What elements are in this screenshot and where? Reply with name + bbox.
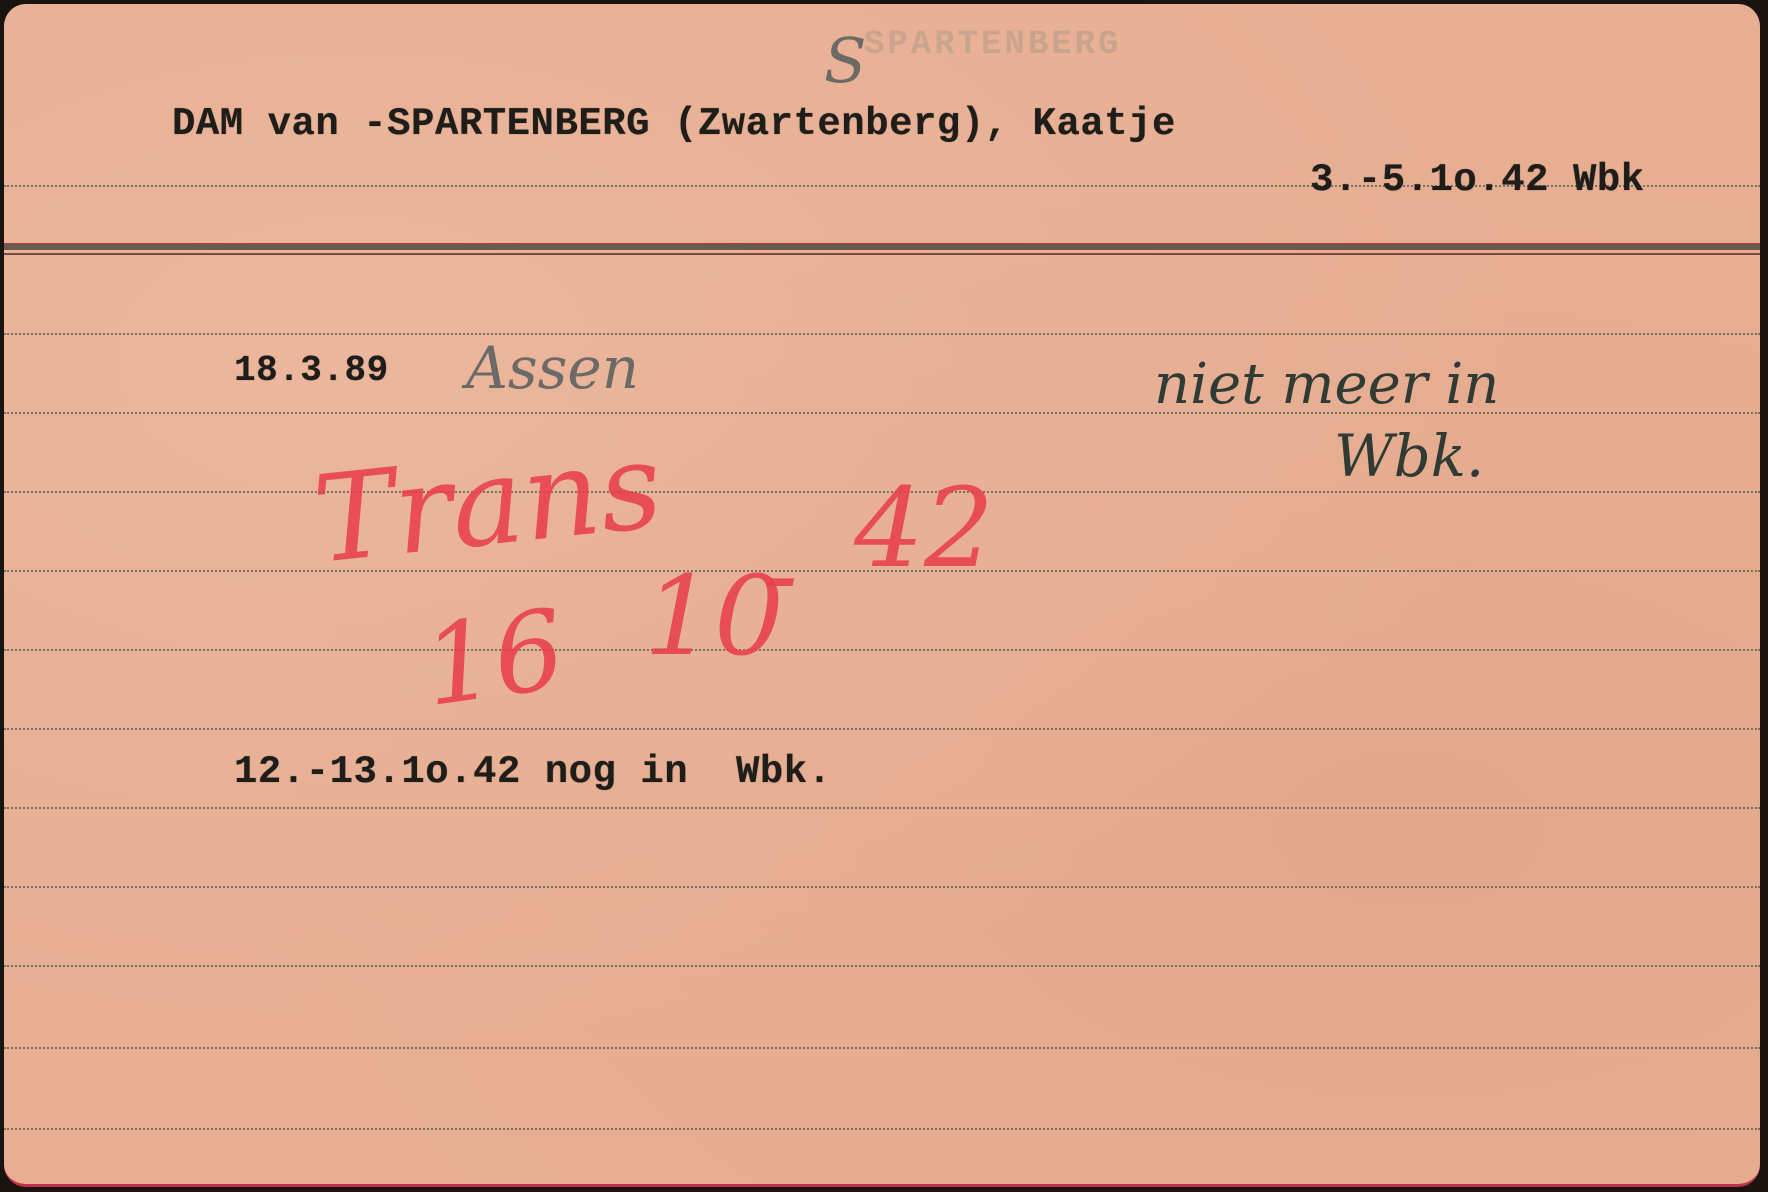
dotted-rule xyxy=(4,333,1760,335)
handwritten-note-line1: niet meer in xyxy=(1154,352,1499,417)
status-note: 12.-13.1o.42 nog in Wbk. xyxy=(234,750,832,794)
dotted-rule xyxy=(4,1128,1760,1130)
handwritten-note-line2: Wbk. xyxy=(1334,422,1484,490)
red-date-dash: - xyxy=(764,516,798,633)
red-date-year: 42 xyxy=(854,464,994,592)
header-separator-thin xyxy=(4,253,1760,255)
birth-date: 18.3.89 xyxy=(234,350,389,391)
header-separator-thick xyxy=(4,243,1760,250)
name-line: DAM van -SPARTENBERG (Zwartenberg), Kaat… xyxy=(172,102,1176,146)
dotted-rule xyxy=(4,649,1760,651)
birth-place-handwritten: Assen xyxy=(466,334,639,402)
red-date-day: 16 xyxy=(416,585,572,731)
dotted-rule xyxy=(4,807,1760,809)
dotted-rule xyxy=(4,1047,1760,1049)
red-date-month: 10 xyxy=(644,552,784,680)
dotted-rule xyxy=(4,728,1760,730)
dotted-rule xyxy=(4,886,1760,888)
faded-overprint-text: SPARTENBERG xyxy=(864,26,1121,64)
index-card: SPARTENBERG S DAM van -SPARTENBERG (Zwar… xyxy=(4,4,1760,1187)
red-transport-annotation: Trans xyxy=(308,416,668,591)
residence-date-range: 3.-5.1o.42 Wbk xyxy=(1310,158,1645,202)
dotted-rule xyxy=(4,965,1760,967)
pencil-correction-mark: S xyxy=(824,24,866,97)
